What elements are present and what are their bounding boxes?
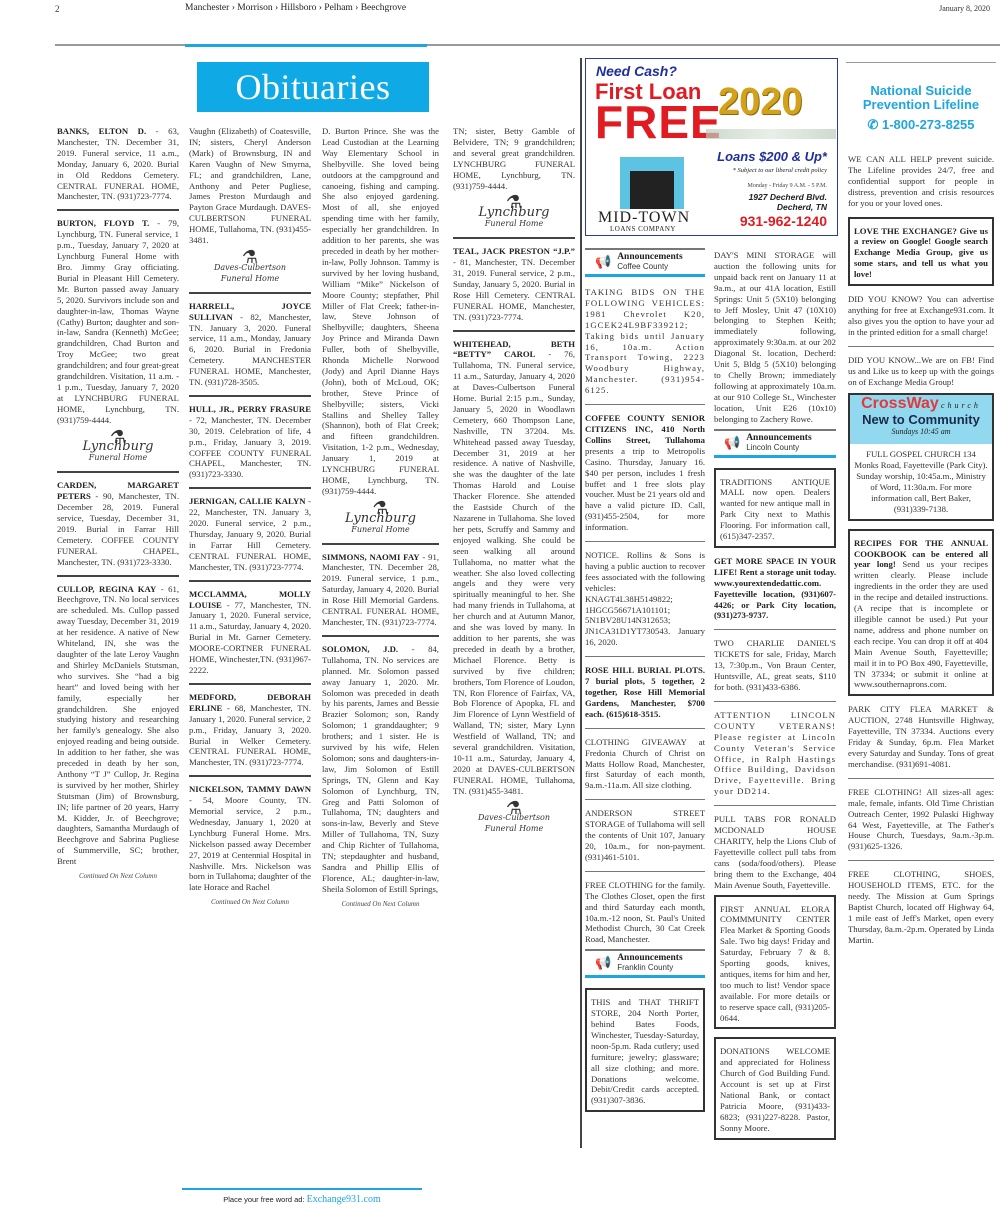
lifeline-text: WE CAN ALL HELP prevent suicide. The Lif…: [848, 154, 994, 209]
obituary-column-2: Vaughn (Elizabeth) of Coatesville, IN; s…: [189, 126, 311, 908]
divider: [585, 871, 705, 872]
obituary-entry: TN; sister, Betty Gamble of Belvidere, T…: [453, 126, 575, 191]
divider: [714, 701, 836, 702]
classified-ad: ATTENTION LINCOLN COUNTY VETERANS! Pleas…: [714, 710, 836, 797]
obituary-entry: CULLOP, REGINA KAY - 61, Beechgrove, TN.…: [57, 584, 179, 868]
divider: [57, 471, 179, 473]
classified-ad: ANDERSON STREET STORAGE of Tullahoma wil…: [585, 808, 705, 863]
lynchburg-funeral-home-logo: ⚗ Lynchburg Funeral Home: [57, 432, 179, 465]
footer-rule: [182, 1188, 422, 1190]
header-accent-rule: [185, 44, 427, 47]
lynchburg-funeral-home-logo: ⚗ Lynchburg Funeral Home: [453, 197, 575, 230]
mid-town-loans-ad[interactable]: Need Cash? First Loan FREE 2020 MID-TOWN…: [585, 58, 838, 236]
obituary-entry: MEDFORD, DEBORAH ERLINE - 68, Manchester…: [189, 692, 311, 768]
obituary-entry: BURTON, FLOYD T. - 79, Lynchburg, TN. Fu…: [57, 218, 179, 425]
classified-ad: TAKING BIDS ON THE FOLLOWING VEHICLES: 1…: [585, 287, 705, 396]
free-clothing-ad: FREE CLOTHING! All sizes-all ages: male,…: [848, 787, 994, 852]
section-title: Obituaries: [197, 62, 429, 112]
obituary-name: CULLOP, REGINA KAY: [57, 584, 156, 594]
free-clothing-shoes-ad: FREE CLOTHING, SHOES, HOUSEHOLD ITEMS, E…: [848, 869, 994, 945]
obituary-name: TEAL, JACK PRESTON “J.P.”: [453, 246, 575, 256]
divider: [585, 541, 705, 542]
boxed-ad-thrift-store: THIS and THAT THRIFT STORE, 204 North Po…: [585, 988, 705, 1112]
divider: [57, 209, 179, 211]
divider: [322, 543, 439, 545]
divider: [585, 656, 705, 657]
year-graphic: 2020: [718, 81, 803, 124]
divider: [453, 237, 575, 239]
crossway-banner: CrossWay church New to Community Sundays…: [850, 395, 992, 444]
divider: [189, 580, 311, 582]
divider: [714, 629, 836, 630]
obituary-entry: SIMMONS, NAOMI FAY - 91, Manchester, TN.…: [322, 552, 439, 628]
divider: [848, 778, 994, 779]
divider: [848, 346, 994, 347]
obituary-name: SOLOMON, J.D.: [322, 644, 398, 654]
phone-chat-icon: ✆: [867, 117, 878, 132]
column-divider: [580, 58, 582, 1148]
obituary-entry: HULL, JR., PERRY FRASURE - 72, Mancheste…: [189, 404, 311, 480]
boxed-ad-full-gospel: CrossWay church New to Community Sundays…: [848, 393, 994, 520]
carriage-icon: ⚗: [453, 803, 575, 814]
classified-ad: DAY'S MINI STORAGE will auction the foll…: [714, 250, 836, 425]
obituary-column-4: TN; sister, Betty Gamble of Belvidere, T…: [453, 126, 575, 841]
obituary-entry: Vaughn (Elizabeth) of Coatesville, IN; s…: [189, 126, 311, 246]
did-you-know-2: DID YOU KNOW...We are on FB! Find us and…: [848, 355, 994, 388]
money-graphic: [706, 129, 836, 139]
announcements-header-lincoln: 📢 AnnouncementsLincoln County: [714, 429, 836, 458]
did-you-know-1: DID YOU KNOW? You can advertise anything…: [848, 294, 994, 338]
obituary-name: SIMMONS, NAOMI FAY: [322, 552, 420, 562]
classified-ad: CLOTHING GIVEAWAY at Fredonia Church of …: [585, 737, 705, 792]
loan-phone: 931-962-1240: [740, 213, 827, 229]
daves-culbertson-funeral-home-logo: ⚗ Daves-Culbertson Funeral Home: [453, 803, 575, 836]
classified-ad: TWO CHARLIE DANIEL'S TICKETS for sale, F…: [714, 638, 836, 693]
exchange-website-link[interactable]: Exchange931.com: [307, 1194, 381, 1205]
lifeline-phone: 1-800-273-8255: [882, 117, 975, 132]
obituary-column-1: BANKS, ELTON D. - 63, Manchester, TN. De…: [57, 126, 179, 882]
divider: [189, 487, 311, 489]
announcements-header-franklin: 📢 AnnouncementsFranklin County: [585, 949, 705, 978]
boxed-ad-love-exchange: LOVE THE EXCHANGE? Give us a review on G…: [848, 217, 994, 287]
classified-ad: ROSE HILL BURIAL PLOTS. 7 burial plots, …: [585, 665, 705, 720]
classified-ad: COFFEE COUNTY SENIOR CITIZENS INC, 410 N…: [585, 413, 705, 533]
divider: [189, 292, 311, 294]
obituary-name: BANKS, ELTON D.: [57, 126, 146, 136]
divider: [57, 575, 179, 577]
obituary-entry: HARRELL, JOYCE SULLIVAN - 82, Manchester…: [189, 301, 311, 388]
carriage-icon: ⚗: [189, 252, 311, 263]
obituary-entry: JERNIGAN, CALLIE KALYN - 22, Manchester,…: [189, 496, 311, 572]
obituary-entry: BANKS, ELTON D. - 63, Manchester, TN. De…: [57, 126, 179, 202]
divider: [714, 805, 836, 806]
divider: [585, 404, 705, 405]
boxed-ad-recipes: RECIPES FOR THE ANNUAL COOKBOOK can be e…: [848, 529, 994, 697]
announcements-column-1: 📢 AnnouncementsCoffee County TAKING BIDS…: [585, 246, 705, 1120]
lynchburg-funeral-home-logo: ⚗ Lynchburg Funeral Home: [322, 503, 439, 536]
continued-label: Continued On Next Column: [57, 871, 179, 882]
obituary-entry: TEAL, JACK PRESTON “J.P.” - 81, Manchest…: [453, 246, 575, 322]
divider: [585, 728, 705, 729]
divider: [322, 635, 439, 637]
obituary-column-3: D. Burton Prince. She was the Lead Custo…: [322, 126, 439, 910]
classified-ad: FREE CLOTHING for the family. The Clothe…: [585, 880, 705, 945]
announcements-header-coffee: 📢 AnnouncementsCoffee County: [585, 248, 705, 277]
flea-market-ad: PARK CITY FLEA MARKET & AUCTION, 2748 Hu…: [848, 704, 994, 769]
page-header: 2 Manchester › Morrison › Hillsboro › Pe…: [0, 0, 1000, 16]
breadcrumb: Manchester › Morrison › Hillsboro › Pelh…: [185, 3, 406, 13]
boxed-ad-donations: DONATIONS WELCOME and appreciated for Ho…: [714, 1037, 836, 1139]
obituary-entry: MCCLAMMA, MOLLY LOUISE - 77, Manchester,…: [189, 589, 311, 676]
daves-culbertson-funeral-home-logo: ⚗ Daves-Culbertson Funeral Home: [189, 252, 311, 285]
page-number: 2: [55, 4, 60, 14]
obituary-entry: WHITEHEAD, BETH “BETTY” CAROL - 76, Tull…: [453, 339, 575, 797]
footer: Place your free word ad: Exchange931.com: [182, 1194, 422, 1205]
divider: [453, 330, 575, 332]
obituary-name: HULL, JR., PERRY FRASURE: [189, 404, 311, 414]
obituary-name: BURTON, FLOYD T.: [57, 218, 149, 228]
divider: [846, 62, 996, 63]
continued-label: Continued On Next Column: [322, 899, 439, 910]
boxed-ad-elora: FIRST ANNUAL ELORA COMMMUNITY CENTER Fle…: [714, 895, 836, 1030]
classified-ad: NOTICE. Rollins & Sons is having a publi…: [585, 550, 705, 648]
divider: [189, 775, 311, 777]
classified-ad: GET MORE SPACE IN YOUR LIFE! Rent a stor…: [714, 556, 836, 621]
megaphone-icon: 📢: [595, 255, 611, 268]
megaphone-icon: 📢: [595, 956, 611, 969]
divider: [848, 860, 994, 861]
boxed-ad-traditions: TRADITIONS ANTIQUE MALL now open. Dealer…: [714, 468, 836, 548]
obituary-name: NICKELSON, TAMMY DAWN: [189, 784, 311, 794]
issue-date: January 8, 2020: [939, 4, 990, 13]
building-logo-icon: [630, 171, 674, 209]
continued-label: Continued On Next Column: [189, 897, 311, 908]
lifeline-banner: National Suicide Prevention Lifeline ✆ 1…: [846, 84, 996, 132]
obituary-entry: D. Burton Prince. She was the Lead Custo…: [322, 126, 439, 497]
obituary-entry: SOLOMON, J.D. - 84, Tullahoma, TN. No se…: [322, 644, 439, 895]
announcements-column-2: DAY'S MINI STORAGE will auction the foll…: [714, 250, 836, 1148]
obituary-entry: CARDEN, MARGARET PETERS - 90, Manchester…: [57, 480, 179, 567]
megaphone-icon: 📢: [724, 436, 740, 449]
divider: [189, 683, 311, 685]
obituary-entry: NICKELSON, TAMMY DAWN - 54, Moore County…: [189, 784, 311, 893]
divider: [189, 395, 311, 397]
divider: [585, 799, 705, 800]
sidebar-column: WE CAN ALL HELP prevent suicide. The Lif…: [848, 154, 994, 950]
classified-ad: PULL TABS FOR RONALD MCDONALD HOUSE CHAR…: [714, 814, 836, 890]
obituary-name: JERNIGAN, CALLIE KALYN: [189, 496, 306, 506]
